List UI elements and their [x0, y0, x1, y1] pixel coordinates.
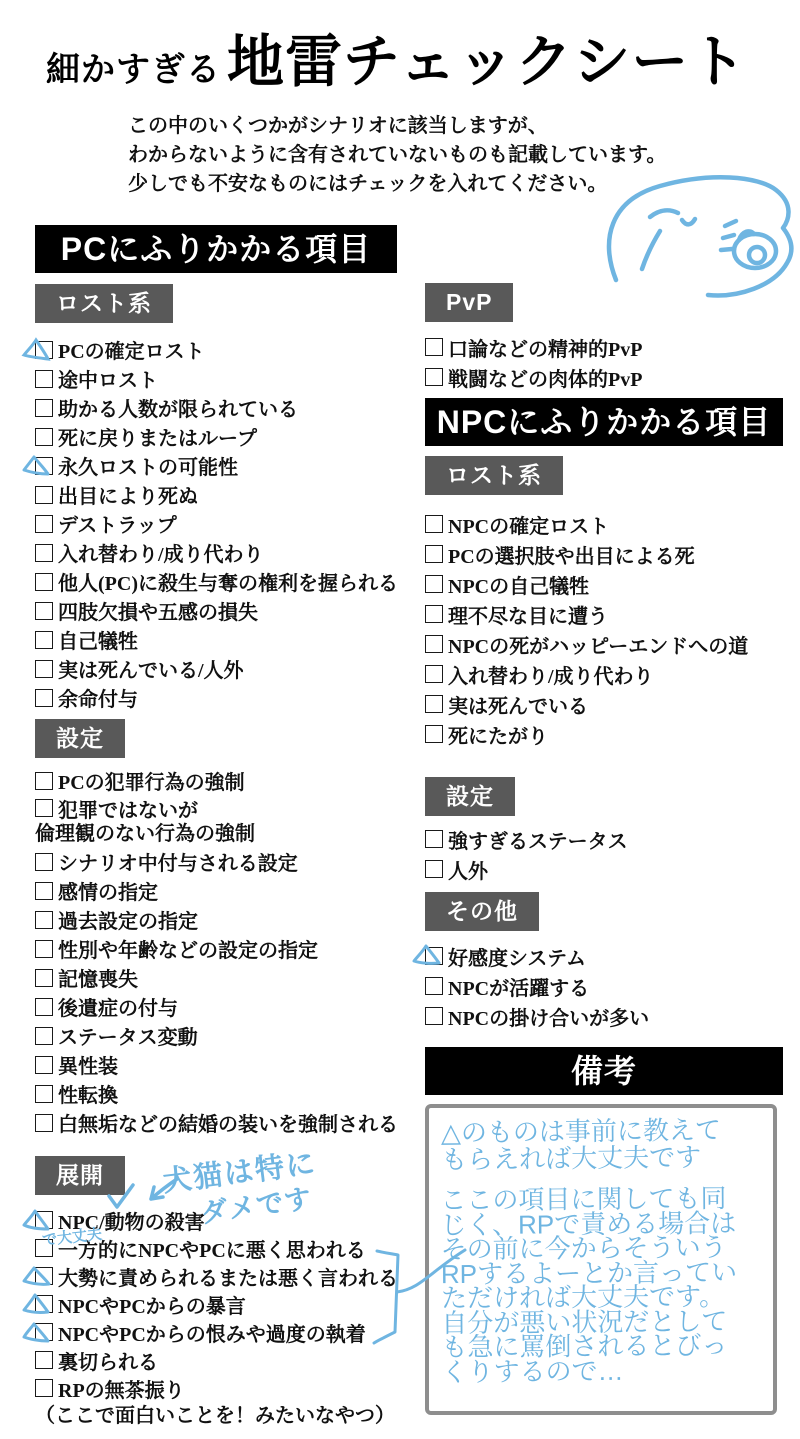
checklist-item: 途中ロスト [35, 364, 397, 393]
checklist-item: NPCの自己犠牲 [425, 569, 783, 599]
checklist-item-label: 永久ロストの可能性 [58, 451, 238, 480]
checklist-item: NPCやPCからの暴言 [35, 1290, 397, 1318]
checklist-item: 感情の指定 [35, 876, 397, 905]
checklist-item: 余命付与 [35, 683, 397, 712]
checklist-item: 死にたがり [425, 719, 783, 749]
title-prefix: 細かすぎる [46, 53, 221, 91]
checklist-item: 出目により死ぬ [35, 480, 397, 509]
remarks-line: もらえれば大丈夫です [441, 1143, 761, 1173]
checklist-item-label: 途中ロスト [58, 364, 158, 393]
checkbox[interactable] [425, 695, 443, 713]
checkbox[interactable] [425, 860, 443, 878]
bracket-connector-icon [372, 1244, 468, 1352]
checkbox[interactable] [425, 575, 443, 593]
checklist-item-label: NPCの掛け合いが多い [448, 1002, 649, 1031]
checklist-item-label: 犯罪ではないが [58, 794, 198, 823]
checklist-item-label: NPCの確定ロスト [448, 510, 609, 539]
checklist-item: 自己犠牲 [35, 625, 397, 654]
check-mark-icon [106, 1183, 136, 1211]
intro-line: この中のいくつかがシナリオに該当しますが、 [128, 112, 666, 141]
checkbox[interactable] [35, 911, 53, 929]
remarks-note1: △のものは事前に教えて もらえれば大丈夫です [441, 1116, 762, 1173]
checklist-item-label: 入れ替わり/成り代わり [448, 660, 654, 689]
checkbox[interactable] [425, 515, 443, 533]
badge-sonota-npc: その他 [425, 892, 539, 931]
remarks-line: くりするので… [442, 1357, 762, 1384]
checkbox[interactable] [35, 998, 53, 1016]
checklist-item-label: 死にたがり [448, 720, 548, 749]
checklist-item-label: 異性装 [58, 1050, 118, 1079]
checklist-item-label: 好感度システム [448, 942, 586, 971]
checkbox[interactable] [425, 830, 443, 848]
checklist-item: 戦闘などの肉体的PvP [425, 362, 783, 392]
checklist-item-label: 過去設定の指定 [58, 905, 198, 934]
checklist-item-label: シナリオ中付与される設定 [58, 847, 298, 876]
checklist-item-label: 白無垢などの結婚の装いを強制される [58, 1108, 398, 1137]
badge-settei-npc: 設定 [425, 777, 515, 816]
title-main: 地雷チェックシート [227, 34, 747, 91]
section-header-biko: 備考 [425, 1047, 783, 1095]
checksheet-page: 細かすぎる 地雷チェックシート この中のいくつかがシナリオに該当しますが、 わか… [0, 0, 800, 1439]
checkbox[interactable] [35, 1351, 53, 1369]
checklist-item: NPCの掛け合いが多い [425, 1001, 783, 1031]
pc-settei-list: PCの犯罪行為の強制 犯罪ではないが 倫理観のない行為の強制 シナリオ中付与され… [35, 766, 397, 1137]
checkbox[interactable] [425, 977, 443, 995]
checklist-item-label: 感情の指定 [58, 876, 158, 905]
checklist-item-label: 出目により死ぬ [58, 480, 198, 509]
checklist-item-label: 裏切られる [58, 1346, 158, 1375]
checklist-item: 永久ロストの可能性 [35, 451, 397, 480]
checklist-item: 口論などの精神的PvP [425, 332, 783, 362]
checkbox[interactable] [425, 1007, 443, 1025]
checkbox[interactable] [35, 853, 53, 871]
checklist-item: 性転換 [35, 1079, 397, 1108]
checklist-item-label: 強すぎるステータス [448, 825, 628, 854]
checklist-item-label: 理不尽な目に遭う [448, 600, 608, 629]
checklist-item: 四肢欠損や五感の損失 [35, 596, 397, 625]
checkbox[interactable] [35, 1211, 53, 1229]
checklist-item-label: NPCやPCからの恨みや過度の執着 [58, 1318, 366, 1347]
checklist-item: 入れ替わり/成り代わり [425, 659, 783, 689]
checkbox[interactable] [35, 428, 53, 446]
checklist-item-label: NPCが活躍する [448, 972, 589, 1001]
intro-line: 少しでも不安なものにはチェックを入れてください。 [128, 170, 666, 199]
checkbox[interactable] [35, 772, 53, 790]
checklist-item: ステータス変動 [35, 1021, 397, 1050]
numa-face-doodle-icon [598, 168, 800, 316]
intro-line: わからないように含有されていないものも記載しています。 [128, 141, 666, 170]
checklist-item: PCの選択肢や出目による死 [425, 539, 783, 569]
npc-settei-list: 強すぎるステータス 人外 [425, 824, 783, 884]
badge-pvp: PvP [425, 283, 513, 322]
checklist-item: 人外 [425, 854, 783, 884]
checkbox[interactable] [35, 631, 53, 649]
checkbox[interactable] [35, 370, 53, 388]
checklist-item-label: NPCの自己犠牲 [448, 570, 589, 599]
checkbox[interactable] [35, 1027, 53, 1045]
checklist-item: 好感度システム [425, 941, 783, 971]
checklist-item-label: 後遺症の付与 [58, 992, 178, 1021]
checkbox[interactable] [35, 969, 53, 987]
checklist-item: デストラップ [35, 509, 397, 538]
checklist-item: 大勢に責められるまたは悪く言われる [35, 1262, 397, 1290]
checklist-item-label: PCの犯罪行為の強制 [58, 766, 245, 795]
checkbox[interactable] [35, 689, 53, 707]
checklist-item-label: RPの無茶振り [58, 1374, 185, 1403]
remarks-box: △のものは事前に教えて もらえれば大丈夫です ここの項目に関しても同 じく、RP… [425, 1104, 777, 1415]
checklist-item: 性別や年齢などの設定の指定 [35, 934, 397, 963]
checklist-item: 記憶喪失 [35, 963, 397, 992]
checklist-item: RPの無茶振り [35, 1374, 397, 1402]
checkbox[interactable] [425, 725, 443, 743]
checklist-item: 実は死んでいる/人外 [35, 654, 397, 683]
checkbox[interactable] [35, 573, 53, 591]
checklist-item-label: 助かる人数が限られている [58, 393, 298, 422]
remarks-note2: ここの項目に関しても同 じく、RPで責める場合は その前に今からそういう RPす… [440, 1186, 761, 1384]
checklist-item-label: PCの選択肢や出目による死 [448, 540, 695, 569]
checkbox[interactable] [35, 544, 53, 562]
checkbox[interactable] [35, 799, 53, 817]
checkbox[interactable] [35, 1323, 53, 1341]
checkbox[interactable] [425, 947, 443, 965]
checklist-item-label: PCの確定ロスト [58, 335, 205, 364]
checklist-item: 助かる人数が限られている [35, 393, 397, 422]
npc-column: PvP 口論などの精神的PvP 戦闘などの肉体的PvP NPCにふりかかる項目 … [425, 283, 783, 1415]
checklist-item-label: 自己犠牲 [58, 625, 138, 654]
checkbox[interactable] [425, 665, 443, 683]
checklist-item-label: ステータス変動 [58, 1021, 198, 1050]
pc-lost-list: PCの確定ロスト 途中ロスト 助かる人数が限られている 死に戻りまたはループ 永… [35, 335, 397, 712]
checklist-item: 強すぎるステータス [425, 824, 783, 854]
checklist-item: 死に戻りまたはループ [35, 422, 397, 451]
npc-lost-list: NPCの確定ロスト PCの選択肢や出目による死 NPCの自己犠牲 理不尽な目に遭… [425, 509, 783, 749]
checklist-item-label: 記憶喪失 [58, 963, 138, 992]
checklist-item: 白無垢などの結婚の装いを強制される [35, 1108, 397, 1137]
checklist-item: 裏切られる [35, 1346, 397, 1374]
checkbox[interactable] [35, 1114, 53, 1132]
checklist-item: 異性装 [35, 1050, 397, 1079]
arrow-icon [146, 1176, 180, 1204]
checkbox[interactable] [35, 1056, 53, 1074]
checklist-item-label: NPCやPCからの暴言 [58, 1290, 246, 1319]
section-header-pc: PCにふりかかる項目 [35, 225, 397, 273]
checklist-item: PCの確定ロスト [35, 335, 397, 364]
checklist-item: 理不尽な目に遭う [425, 599, 783, 629]
checklist-item-label: 大勢に責められるまたは悪く言われる [58, 1262, 398, 1291]
checklist-item-label-cont: 倫理観のない行為の強制 [35, 821, 397, 847]
checklist-item-label: 口論などの精神的PvP [448, 333, 642, 362]
checklist-item: 他人(PC)に殺生与奪の権利を握られる [35, 567, 397, 596]
checklist-item-label: 他人(PC)に殺生与奪の権利を握られる [58, 567, 398, 596]
checkbox[interactable] [35, 457, 53, 475]
checklist-item: シナリオ中付与される設定 [35, 847, 397, 876]
checklist-item: NPCが活躍する [425, 971, 783, 1001]
checklist-item: NPCやPCからの恨みや過度の執着 [35, 1318, 397, 1346]
checklist-item-label: 入れ替わり/成り代わり [58, 538, 264, 567]
checkbox[interactable] [35, 660, 53, 678]
page-title: 細かすぎる 地雷チェックシート [46, 34, 747, 91]
badge-lost-npc: ロスト系 [425, 456, 563, 495]
checklist-item: PCの犯罪行為の強制 [35, 766, 397, 795]
checklist-item-label: 実は死んでいる/人外 [58, 654, 244, 683]
checklist-item-label: 死に戻りまたはループ [58, 422, 257, 451]
checklist-item-label: 性転換 [58, 1079, 118, 1108]
checkbox[interactable] [35, 1295, 53, 1313]
checkbox[interactable] [35, 341, 53, 359]
checkbox[interactable] [425, 605, 443, 623]
checklist-item: NPCの確定ロスト [425, 509, 783, 539]
pc-column: PCにふりかかる項目 ロスト系 PCの確定ロスト 途中ロスト 助かる人数が限られ… [35, 225, 397, 1430]
checkbox[interactable] [35, 399, 53, 417]
checklist-item-label: 一方的にNPCやPCに悪く思われる [58, 1234, 366, 1263]
checklist-item-label: 戦闘などの肉体的PvP [448, 363, 642, 392]
checklist-item-label: 実は死んでいる [448, 690, 588, 719]
badge-settei-pc: 設定 [35, 719, 125, 758]
checkbox[interactable] [35, 486, 53, 504]
checklist-item-label: 性別や年齢などの設定の指定 [58, 934, 318, 963]
checkbox[interactable] [35, 1267, 53, 1285]
checkbox[interactable] [35, 882, 53, 900]
checklist-item: NPCの死がハッピーエンドへの道 [425, 629, 783, 659]
checkbox[interactable] [35, 602, 53, 620]
checklist-item: 実は死んでいる [425, 689, 783, 719]
pvp-list: 口論などの精神的PvP 戦闘などの肉体的PvP [425, 332, 783, 392]
checkbox[interactable] [425, 545, 443, 563]
intro-text: この中のいくつかがシナリオに該当しますが、 わからないように含有されていないもの… [128, 112, 666, 199]
checkbox[interactable] [35, 1379, 53, 1397]
checkbox[interactable] [425, 635, 443, 653]
checklist-item: 後遺症の付与 [35, 992, 397, 1021]
checklist-item: 過去設定の指定 [35, 905, 397, 934]
checklist-item-label: 余命付与 [58, 683, 138, 712]
checkbox[interactable] [35, 515, 53, 533]
checklist-item-label: 人外 [448, 855, 488, 884]
checkbox[interactable] [35, 940, 53, 958]
checkbox[interactable] [425, 338, 443, 356]
checklist-item-label: デストラップ [58, 509, 177, 538]
checklist-item-label: 四肢欠損や五感の損失 [58, 596, 258, 625]
badge-lost-pc: ロスト系 [35, 284, 173, 323]
checkbox[interactable] [425, 368, 443, 386]
npc-sonota-list: 好感度システム NPCが活躍する NPCの掛け合いが多い [425, 941, 783, 1031]
checklist-item-label: NPCの死がハッピーエンドへの道 [448, 630, 748, 659]
checklist-item: 入れ替わり/成り代わり [35, 538, 397, 567]
tenkai-footnote: （ここで面白いことを！みたいなやつ） [35, 1402, 397, 1430]
section-header-npc: NPCにふりかかる項目 [425, 398, 783, 446]
checkbox[interactable] [35, 1085, 53, 1103]
checklist-item: 犯罪ではないが 倫理観のない行為の強制 [35, 795, 397, 847]
